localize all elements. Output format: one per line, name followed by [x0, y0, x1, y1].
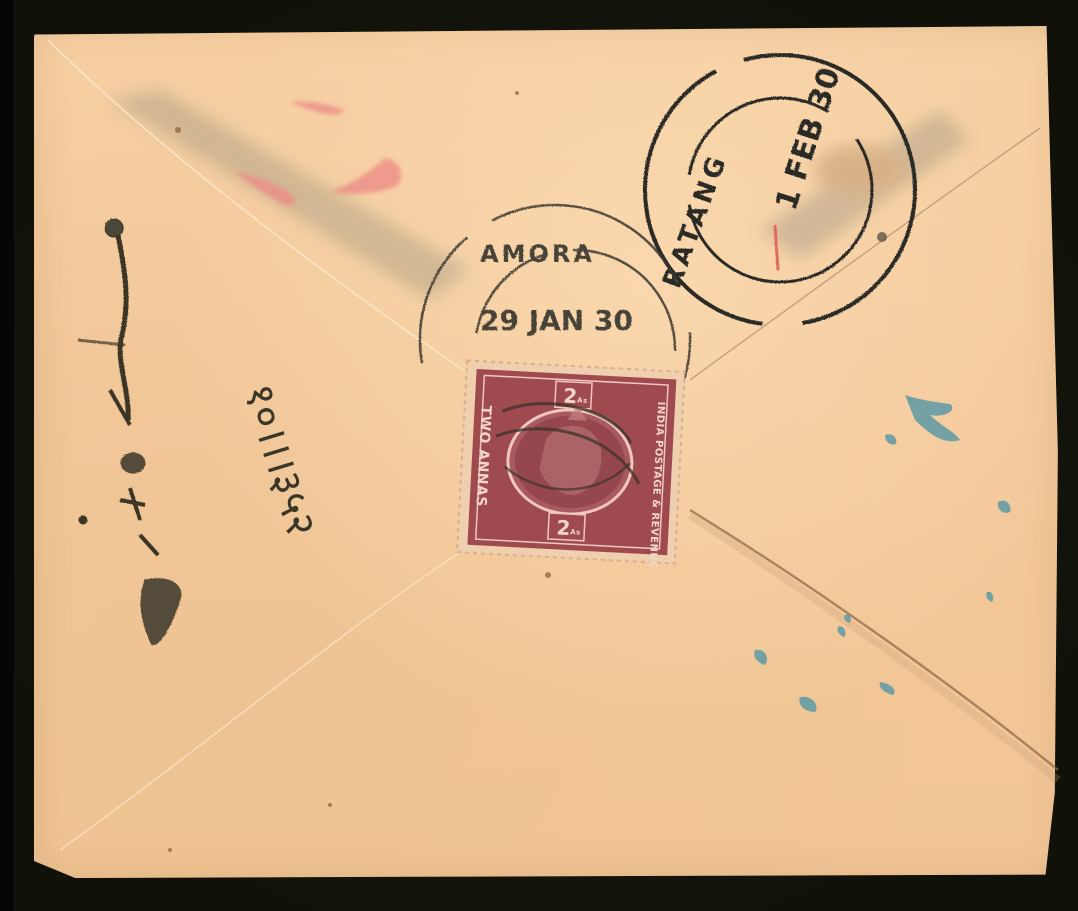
postage-stamp: 2 As 2 As TWO ANNAS INDIA POSTAGE & REVE…	[457, 360, 685, 569]
postmark-amora-town: AMORA	[480, 240, 595, 268]
stamp-denomination-bottom: 2	[556, 515, 572, 540]
handwritten-numerals: १०।।।३५२	[234, 378, 327, 542]
blue-stains	[754, 395, 1010, 712]
postmark-ratangarh-town: RATANG	[657, 149, 733, 292]
svg-text:As: As	[577, 396, 588, 405]
postmark-amora-date: 29 JAN 30	[480, 304, 633, 337]
grey-smudge	[110, 90, 970, 300]
envelope-markings: RATANG 1 FEB 30 AMORA 29 JAN 30 2 As 2 A…	[0, 0, 1078, 911]
handwritten-script-left	[78, 219, 181, 645]
postmark-ratangarh: RATANG 1 FEB 30	[596, 6, 965, 375]
handwritten-number: १०।।।३५२	[234, 378, 327, 542]
svg-text:As: As	[570, 528, 581, 537]
